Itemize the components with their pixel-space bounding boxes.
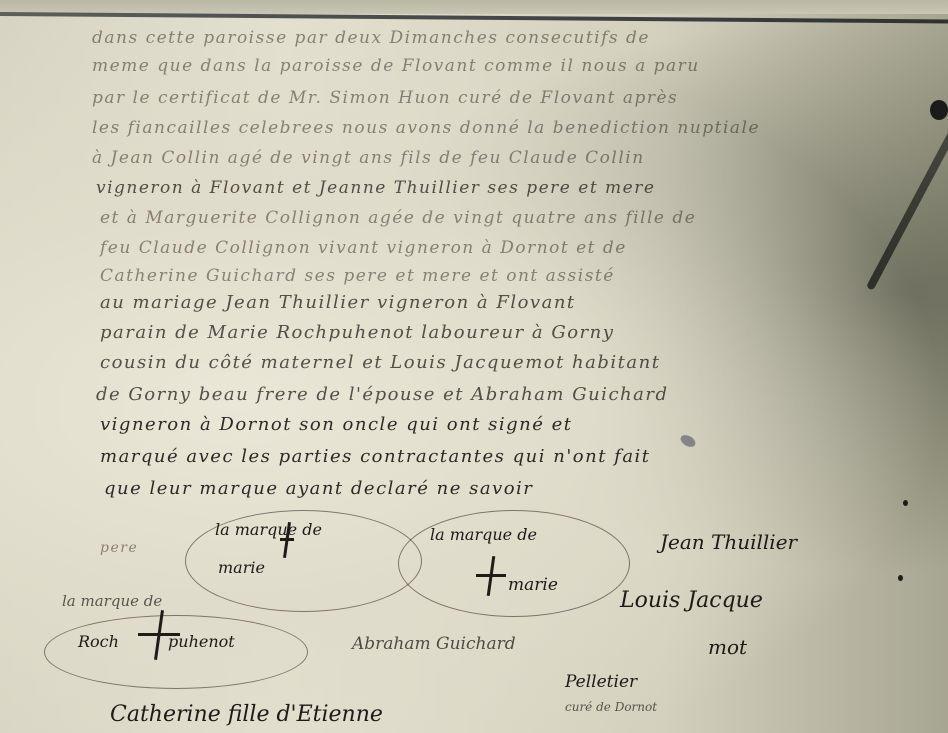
page-top-edge — [0, 0, 948, 14]
text-line-10: au mariage Jean Thuillier vigneron à Flo… — [100, 292, 576, 313]
text-line-16: que leur marque ayant declaré ne savoir — [104, 478, 533, 499]
text-line-1: dans cette paroisse par deux Dimanches c… — [92, 28, 650, 48]
cross-mark-icon — [476, 556, 506, 596]
mark-name-1: marie — [218, 558, 265, 577]
text-line-5: à Jean Collin agé de vingt ans fils de f… — [92, 148, 645, 168]
signature-jean-thuillier: Jean Thuillier — [660, 530, 797, 554]
text-line-8: feu Claude Collignon vivant vigneron à D… — [100, 238, 627, 258]
margin-ink-stroke — [866, 119, 948, 291]
text-line-13: de Gorny beau frere de l'épouse et Abrah… — [96, 384, 668, 405]
mark-label-3: la marque de — [62, 592, 162, 610]
text-line-2: meme que dans la paroisse de Flovant com… — [92, 56, 700, 76]
text-line-11: parain de Marie Rochpuhenot laboureur à … — [100, 322, 614, 343]
text-line-15: marqué avec les parties contractantes qu… — [100, 446, 651, 467]
document-photo: dans cette paroisse par deux Dimanches c… — [0, 0, 948, 733]
signature-priest: Pelletier — [565, 672, 637, 692]
text-line-7: et à Marguerite Collignon agée de vingt … — [100, 208, 696, 228]
mark-label-2: la marque de — [430, 525, 537, 544]
ink-dot — [903, 500, 908, 506]
text-line-14: vigneron à Dornot son oncle qui ont sign… — [100, 414, 573, 435]
ink-dot — [898, 575, 903, 581]
text-line-12: cousin du côté maternel et Louis Jacquem… — [100, 352, 660, 373]
mark-label-1: la marque de — [215, 520, 322, 539]
mark-name-3: Roch puhenot — [78, 632, 235, 651]
ink-smudge — [679, 433, 698, 450]
signature-jacquemot: mot — [708, 635, 747, 659]
signature-priest-title: curé de Dornot — [565, 700, 657, 714]
text-line-3: par le certificat de Mr. Simon Huon curé… — [92, 88, 678, 108]
text-line-4: les fiancailles celebrees nous avons don… — [92, 118, 760, 138]
cross-mark-icon — [280, 522, 294, 558]
text-line-6: vigneron à Flovant et Jeanne Thuillier s… — [96, 178, 655, 198]
margin-note: pere — [100, 540, 138, 556]
signature-abraham-guichard: Abraham Guichard — [352, 634, 516, 654]
text-line-9: Catherine Guichard ses pere et mere et o… — [100, 266, 615, 286]
next-entry-start: Catherine fille d'Etienne — [110, 702, 383, 727]
margin-ink-blot — [930, 100, 948, 120]
signature-louis-jacque: Louis Jacque — [620, 588, 763, 613]
mark-name-2: marie — [508, 575, 558, 595]
